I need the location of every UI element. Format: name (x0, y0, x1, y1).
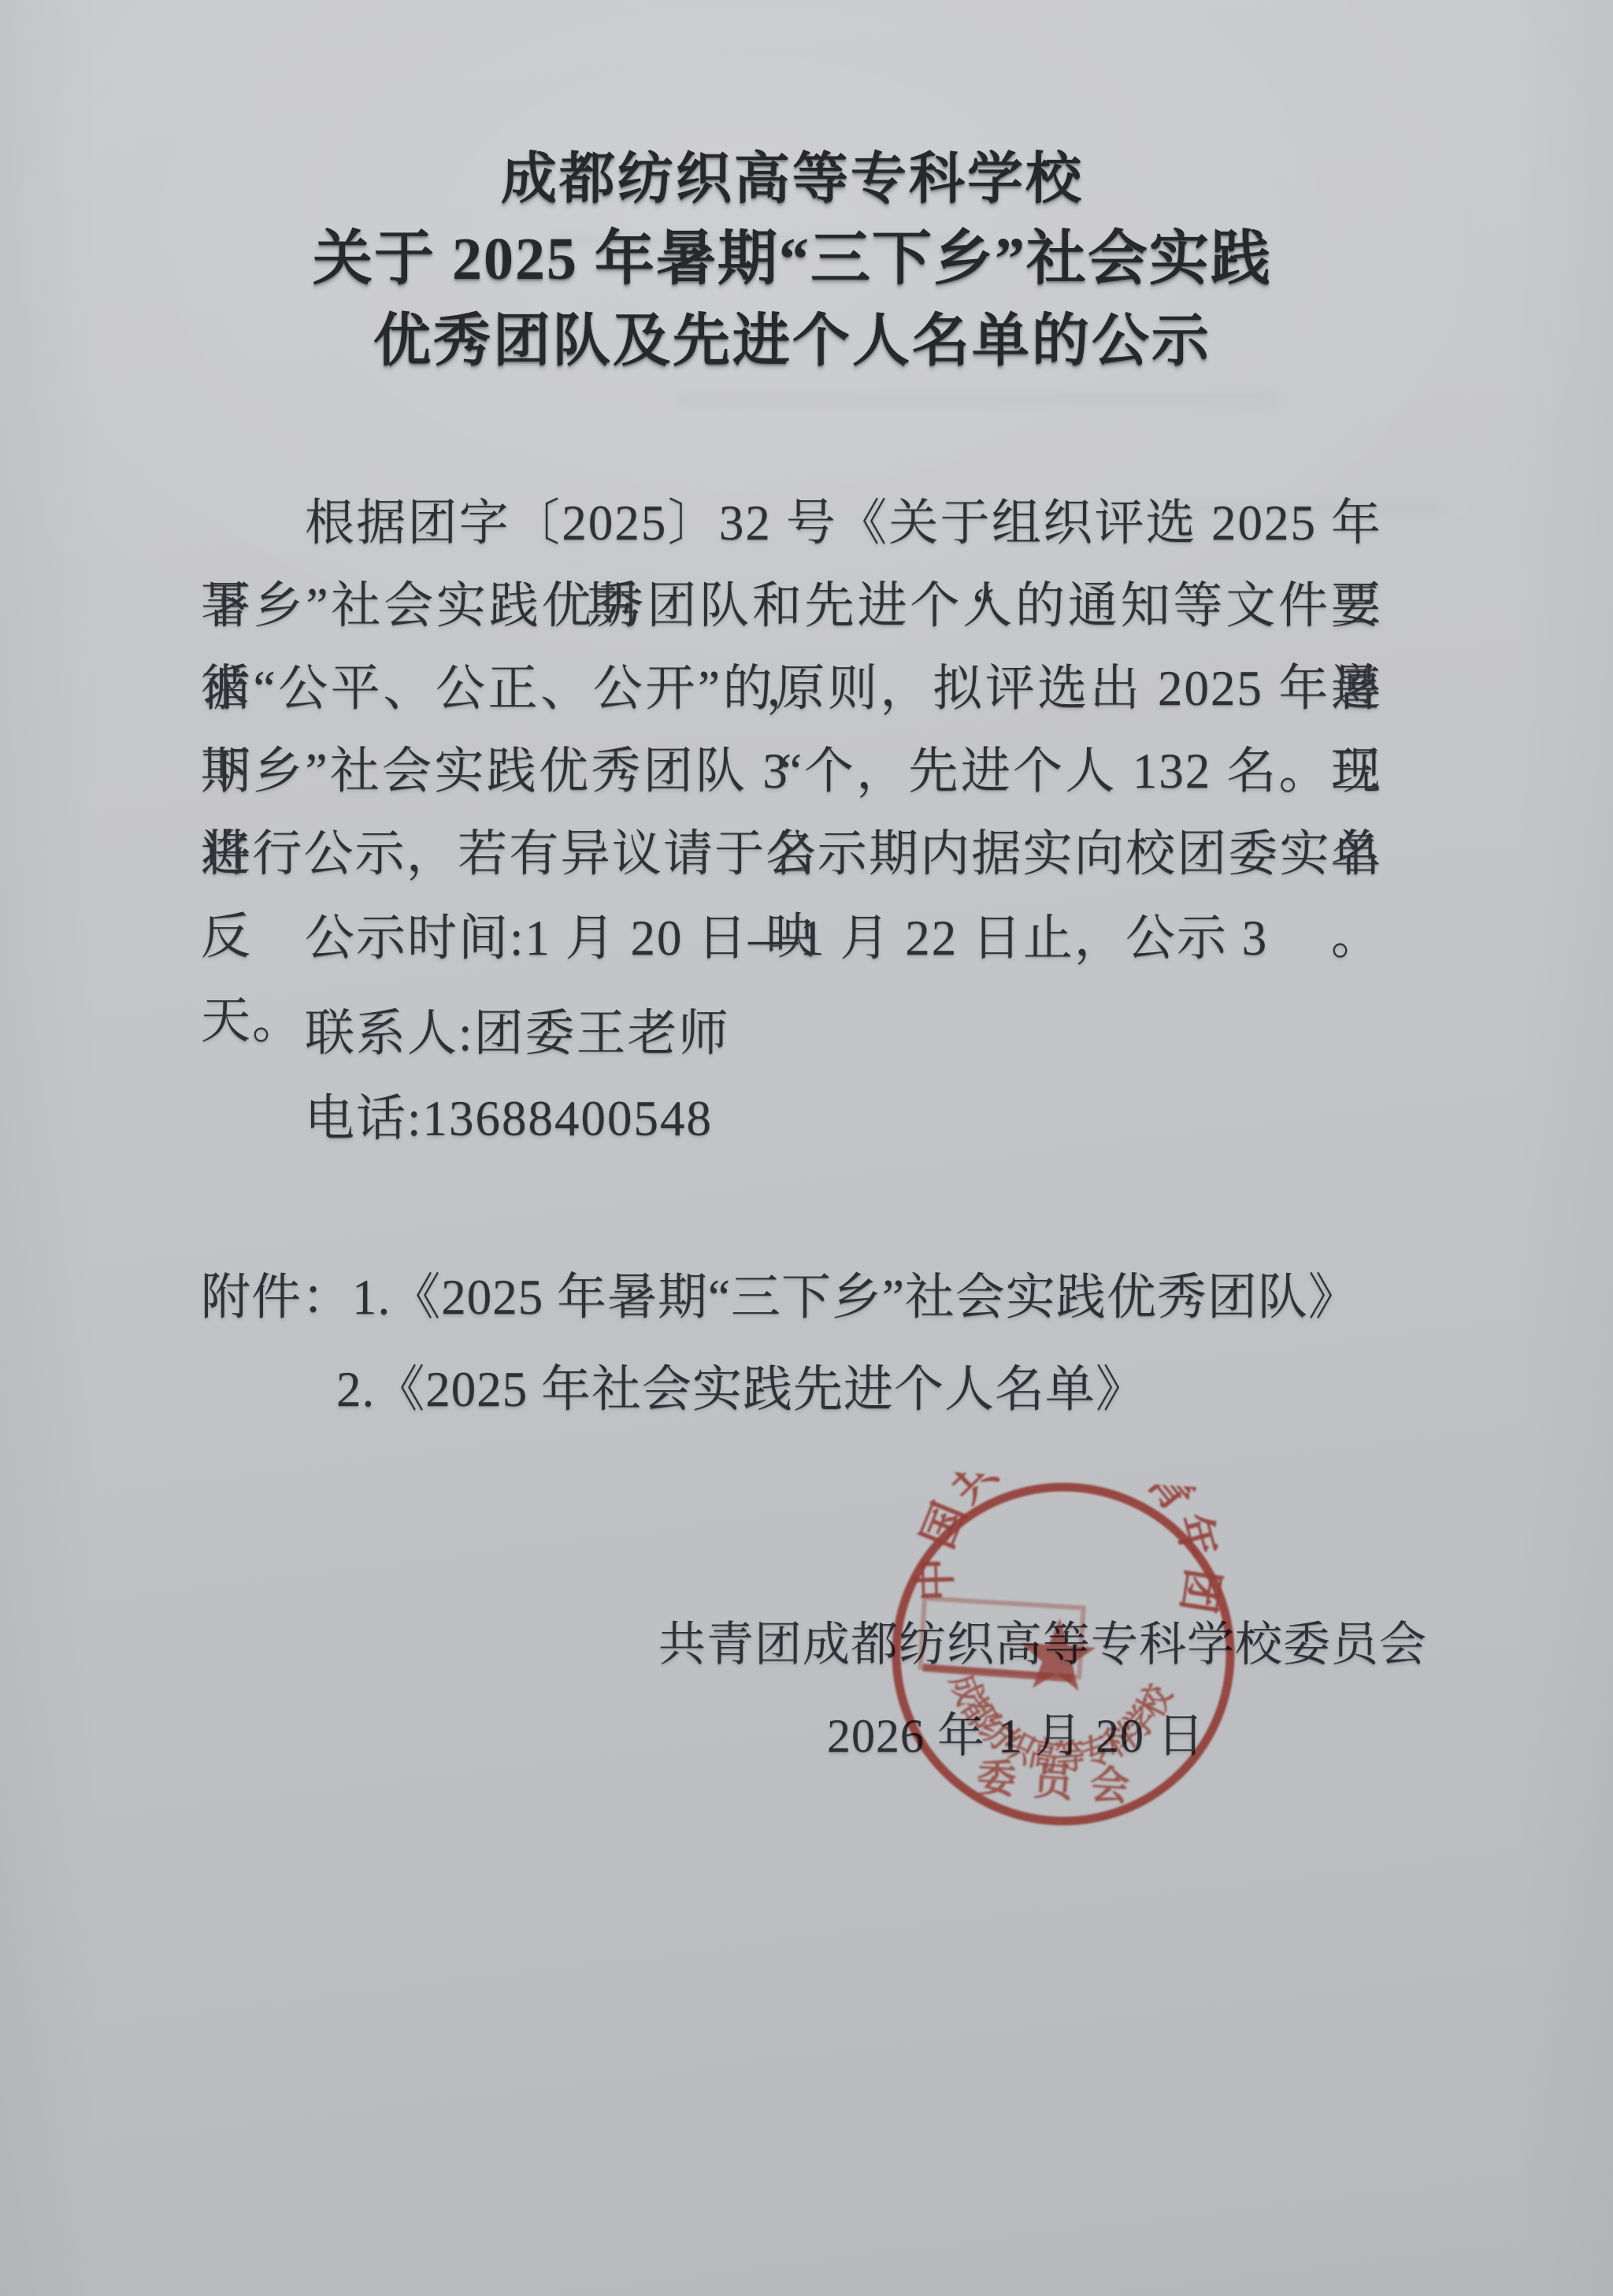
attachment-2: 2.《2025 年社会实践先进个人名单》 (201, 1346, 1565, 1433)
body-line-publicity-period: 公示时间:1 月 20 日—1 月 22 日止，公示 3 天。 (201, 897, 1382, 980)
body-line-phone: 电话:13688400548 (201, 1078, 1382, 1160)
svg-text:中国共产主义青年团: 中国共产主义青年团 (908, 1469, 1236, 1622)
body-line-2: 下乡”社会实践优秀团队和先进个人的通知等文件要求，遵 (201, 565, 1382, 647)
seal-bottom-text: 委员会 (976, 1756, 1148, 1810)
body-line-1: 根据团字〔2025〕32 号《关于组织评选 2025 年暑期“三 (201, 482, 1382, 565)
title-line-2: 关于 2025 年暑期“三下乡”社会实践 (0, 219, 1585, 300)
document-title: 成都纺织高等专科学校 关于 2025 年暑期“三下乡”社会实践 优秀团队及先进个… (0, 140, 1585, 381)
body-line-4: 下乡”社会实践优秀团队 3 个，先进个人 132 名。现将名单 (201, 730, 1382, 813)
document-photo: 成都纺织高等专科学校 关于 2025 年暑期“三下乡”社会实践 优秀团队及先进个… (0, 0, 1613, 2296)
official-seal: 中国共产主义青年团 成都纺织高等专科学校 委员会 (878, 1469, 1248, 1839)
show-through-ghost (677, 394, 1276, 405)
seal-top-arc-text: 中国共产主义青年团 (908, 1469, 1236, 1622)
body-line-3: 循“公平、公正、公开”的原则，拟评选出 2025 年暑期“三 (201, 647, 1382, 730)
body-line-contact: 联系人:团委王老师 (201, 992, 1382, 1075)
body-line-5: 进行公示，若有异议请于公示期内据实向校团委实名反映。 (201, 813, 1382, 896)
attachment-1: 附件：1.《2025 年暑期“三下乡”社会实践优秀团队》 (201, 1254, 1429, 1341)
title-line-1: 成都纺织高等专科学校 (0, 140, 1585, 219)
title-line-3: 优秀团队及先进个人名单的公示 (0, 300, 1585, 381)
